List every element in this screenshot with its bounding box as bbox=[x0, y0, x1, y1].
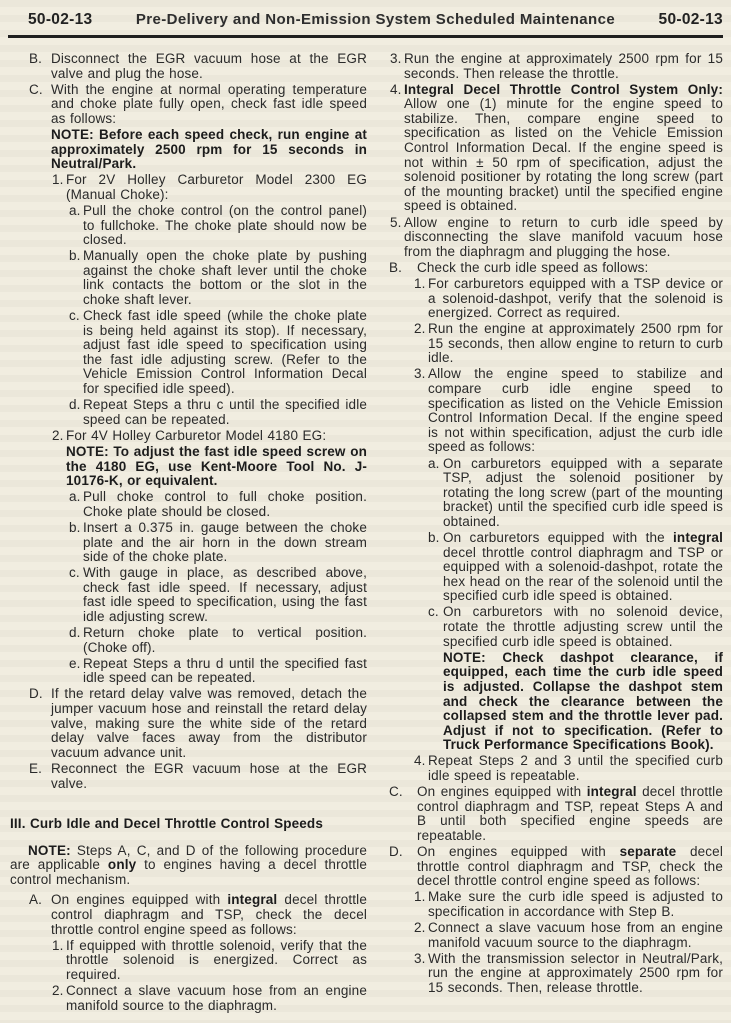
item-label: 3. bbox=[414, 367, 426, 382]
list-item: 3.Run the engine at approximately 2500 r… bbox=[385, 52, 723, 81]
list-item: b.Manually open the choke plate by pushi… bbox=[10, 249, 367, 307]
body-text: Connect a slave vacuum hose from an engi… bbox=[428, 920, 723, 950]
list-item: 2.Run the engine at approximately 2500 r… bbox=[385, 322, 723, 366]
item-label: a. bbox=[69, 490, 81, 505]
list-item: c.With gauge in place, as described abov… bbox=[10, 566, 367, 624]
page-number-left: 50-02-13 bbox=[28, 11, 92, 29]
body-text: With the engine at normal operating temp… bbox=[51, 82, 367, 126]
item-label: D. bbox=[29, 687, 43, 702]
list-item: 5.Allow engine to return to curb idle sp… bbox=[385, 216, 723, 260]
list-item: B.Check the curb idle speed as follows: bbox=[385, 261, 723, 276]
body-text: On engines equipped with bbox=[417, 844, 620, 859]
list-item: e.Repeat Steps a thru d until the specif… bbox=[10, 657, 367, 686]
body-text: If equipped with throttle solenoid, veri… bbox=[66, 938, 367, 982]
item-label: 2. bbox=[52, 984, 64, 999]
list-item: D.On engines equipped with separate dece… bbox=[385, 845, 723, 889]
list-item: b.Insert a 0.375 in. gauge between the c… bbox=[10, 521, 367, 565]
list-item: D.If the retard delay valve was removed,… bbox=[10, 687, 367, 760]
item-label: 2. bbox=[414, 322, 426, 337]
bold-text: NOTE: To adjust the fast idle speed scre… bbox=[66, 444, 367, 488]
bold-text: III. Curb Idle and Decel Throttle Contro… bbox=[10, 816, 323, 831]
body-text: Check fast idle speed (while the choke p… bbox=[83, 308, 367, 396]
note: NOTE: To adjust the fast idle speed scre… bbox=[10, 445, 367, 489]
column-left: B.Disconnect the EGR vacuum hose at the … bbox=[10, 52, 367, 1015]
item-label: 3. bbox=[414, 952, 426, 967]
section-heading: III. Curb Idle and Decel Throttle Contro… bbox=[10, 817, 367, 832]
body-text: Allow engine to return to curb idle spee… bbox=[404, 215, 723, 259]
bold-text: separate bbox=[620, 844, 677, 859]
item-label: e. bbox=[69, 657, 81, 672]
list-item: 1.If equipped with throttle solenoid, ve… bbox=[10, 939, 367, 983]
list-item: A.On engines equipped with integral dece… bbox=[10, 893, 367, 937]
list-item: 4.Repeat Steps 2 and 3 until the specifi… bbox=[385, 754, 723, 783]
body-text: Insert a 0.375 in. gauge between the cho… bbox=[83, 520, 367, 564]
body-text: Run the engine at approximately 2500 rpm… bbox=[404, 51, 723, 81]
item-label: 1. bbox=[52, 173, 64, 188]
note: NOTE: Before each speed check, run engin… bbox=[10, 128, 367, 172]
page-number-right: 50-02-13 bbox=[659, 11, 723, 29]
body-text: For 4V Holley Carburetor Model 4180 EG: bbox=[66, 428, 326, 443]
item-label: 2. bbox=[414, 921, 426, 936]
list-item: 1.For 2V Holley Carburetor Model 2300 EG… bbox=[10, 173, 367, 202]
body-text: For 2V Holley Carburetor Model 2300 EG (… bbox=[66, 172, 367, 202]
body-text: On carburetors with no solenoid device, … bbox=[443, 604, 723, 648]
body-text: On carburetors equipped with the bbox=[443, 530, 673, 545]
body-text: On carburetors equipped with a separate … bbox=[443, 456, 723, 529]
list-item: 3.Allow the engine speed to stabilize an… bbox=[385, 367, 723, 455]
list-item: 1.For carburetors equipped with a TSP de… bbox=[385, 277, 723, 321]
item-label: b. bbox=[69, 249, 81, 264]
bold-text: NOTE: Check dashpot clearance, if equipp… bbox=[443, 650, 723, 753]
list-item: a.Pull choke control to full choke posit… bbox=[10, 490, 367, 519]
item-label: 2. bbox=[52, 429, 64, 444]
body-text: Allow the engine speed to stabilize and … bbox=[428, 366, 723, 454]
item-label: a. bbox=[428, 457, 440, 472]
manual-page: 50-02-13 Pre-Delivery and Non-Emission S… bbox=[0, 0, 731, 1023]
item-label: 4. bbox=[414, 754, 426, 769]
item-label: 3. bbox=[390, 52, 402, 67]
item-label: 5. bbox=[390, 216, 402, 231]
item-label: b. bbox=[428, 531, 440, 546]
item-label: b. bbox=[69, 521, 81, 536]
body-text: Disconnect the EGR vacuum hose at the EG… bbox=[51, 51, 367, 81]
item-label: c. bbox=[428, 605, 439, 620]
item-label: B. bbox=[29, 52, 42, 67]
item-label: a. bbox=[69, 204, 81, 219]
list-item: a.On carburetors equipped with a separat… bbox=[385, 457, 723, 530]
bold-text: integral bbox=[227, 892, 277, 907]
page-body: B.Disconnect the EGR vacuum hose at the … bbox=[0, 38, 731, 1015]
list-item: a.Pull the choke control (on the control… bbox=[10, 204, 367, 248]
body-text: Allow one (1) minute for the engine spee… bbox=[404, 96, 723, 213]
body-text: With gauge in place, as described above,… bbox=[83, 565, 367, 624]
list-item: 2.Connect a slave vacuum hose from an en… bbox=[10, 984, 367, 1013]
list-item: E.Reconnect the EGR vacuum hose at the E… bbox=[10, 762, 367, 791]
list-item: d.Return choke plate to vertical positio… bbox=[10, 626, 367, 655]
note-paragraph: NOTE: Steps A, C, and D of the following… bbox=[10, 844, 367, 888]
item-label: d. bbox=[69, 398, 81, 413]
list-item: c.Check fast idle speed (while the choke… bbox=[10, 309, 367, 397]
body-text: Reconnect the EGR vacuum hose at the EGR… bbox=[51, 761, 367, 791]
item-label: C. bbox=[389, 785, 403, 800]
body-text: Run the engine at approximately 2500 rpm… bbox=[428, 321, 723, 365]
body-text: Repeat Steps a thru d until the specifie… bbox=[83, 656, 367, 686]
body-text: Connect a slave vacuum hose from an engi… bbox=[66, 983, 367, 1013]
item-label: E. bbox=[29, 762, 42, 777]
bold-text: NOTE: bbox=[28, 843, 71, 858]
list-item: 2.For 4V Holley Carburetor Model 4180 EG… bbox=[10, 429, 367, 444]
body-text: With the transmission selector in Neutra… bbox=[428, 951, 723, 995]
list-item: 2.Connect a slave vacuum hose from an en… bbox=[385, 921, 723, 950]
list-item: 3.With the transmission selector in Neut… bbox=[385, 952, 723, 996]
bold-text: integral bbox=[673, 530, 723, 545]
body-text: decel throttle control diaphragm and TSP… bbox=[443, 545, 723, 604]
list-item: d.Repeat Steps a thru c until the specif… bbox=[10, 398, 367, 427]
body-text: On engines equipped with bbox=[51, 892, 227, 907]
bold-text: NOTE: Before each speed check, run engin… bbox=[51, 127, 367, 171]
item-label: 1. bbox=[52, 939, 64, 954]
page-header: 50-02-13 Pre-Delivery and Non-Emission S… bbox=[0, 0, 731, 35]
list-item: 1.Make sure the curb idle speed is adjus… bbox=[385, 890, 723, 919]
body-text: Make sure the curb idle speed is adjuste… bbox=[428, 889, 723, 919]
note: NOTE: Check dashpot clearance, if equipp… bbox=[385, 651, 723, 753]
column-right: 3.Run the engine at approximately 2500 r… bbox=[385, 52, 723, 1015]
item-label: B. bbox=[389, 261, 402, 276]
item-label: A. bbox=[29, 893, 42, 908]
body-text: Repeat Steps a thru c until the specifie… bbox=[83, 397, 367, 427]
body-text: Pull choke control to full choke positio… bbox=[83, 489, 367, 519]
item-label: 1. bbox=[414, 277, 426, 292]
list-item: 4.Integral Decel Throttle Control System… bbox=[385, 83, 723, 214]
body-text: If the retard delay valve was removed, d… bbox=[51, 686, 367, 759]
item-label: D. bbox=[389, 845, 403, 860]
page-title: Pre-Delivery and Non-Emission System Sch… bbox=[136, 11, 615, 28]
item-label: 4. bbox=[390, 83, 402, 98]
body-text: Check the curb idle speed as follows: bbox=[417, 260, 648, 275]
item-label: c. bbox=[69, 309, 80, 324]
bold-text: only bbox=[108, 857, 136, 872]
bold-text: Integral Decel Throttle Control System O… bbox=[404, 82, 723, 97]
body-text: Return choke plate to vertical position.… bbox=[83, 625, 367, 655]
list-item: b.On carburetors equipped with the integ… bbox=[385, 531, 723, 604]
list-item: B.Disconnect the EGR vacuum hose at the … bbox=[10, 52, 367, 81]
body-text: For carburetors equipped with a TSP devi… bbox=[428, 276, 723, 320]
bold-text: integral bbox=[587, 784, 637, 799]
list-item: c.On carburetors with no solenoid device… bbox=[385, 605, 723, 649]
list-item: C.On engines equipped with integral dece… bbox=[385, 785, 723, 843]
body-text: On engines equipped with bbox=[417, 784, 587, 799]
item-label: d. bbox=[69, 626, 81, 641]
body-text: Repeat Steps 2 and 3 until the specified… bbox=[428, 753, 723, 783]
body-text: Pull the choke control (on the control p… bbox=[83, 203, 367, 247]
item-label: C. bbox=[29, 83, 43, 98]
list-item: C.With the engine at normal operating te… bbox=[10, 83, 367, 127]
item-label: 1. bbox=[414, 890, 426, 905]
item-label: c. bbox=[69, 566, 80, 581]
body-text: Manually open the choke plate by pushing… bbox=[83, 248, 367, 307]
